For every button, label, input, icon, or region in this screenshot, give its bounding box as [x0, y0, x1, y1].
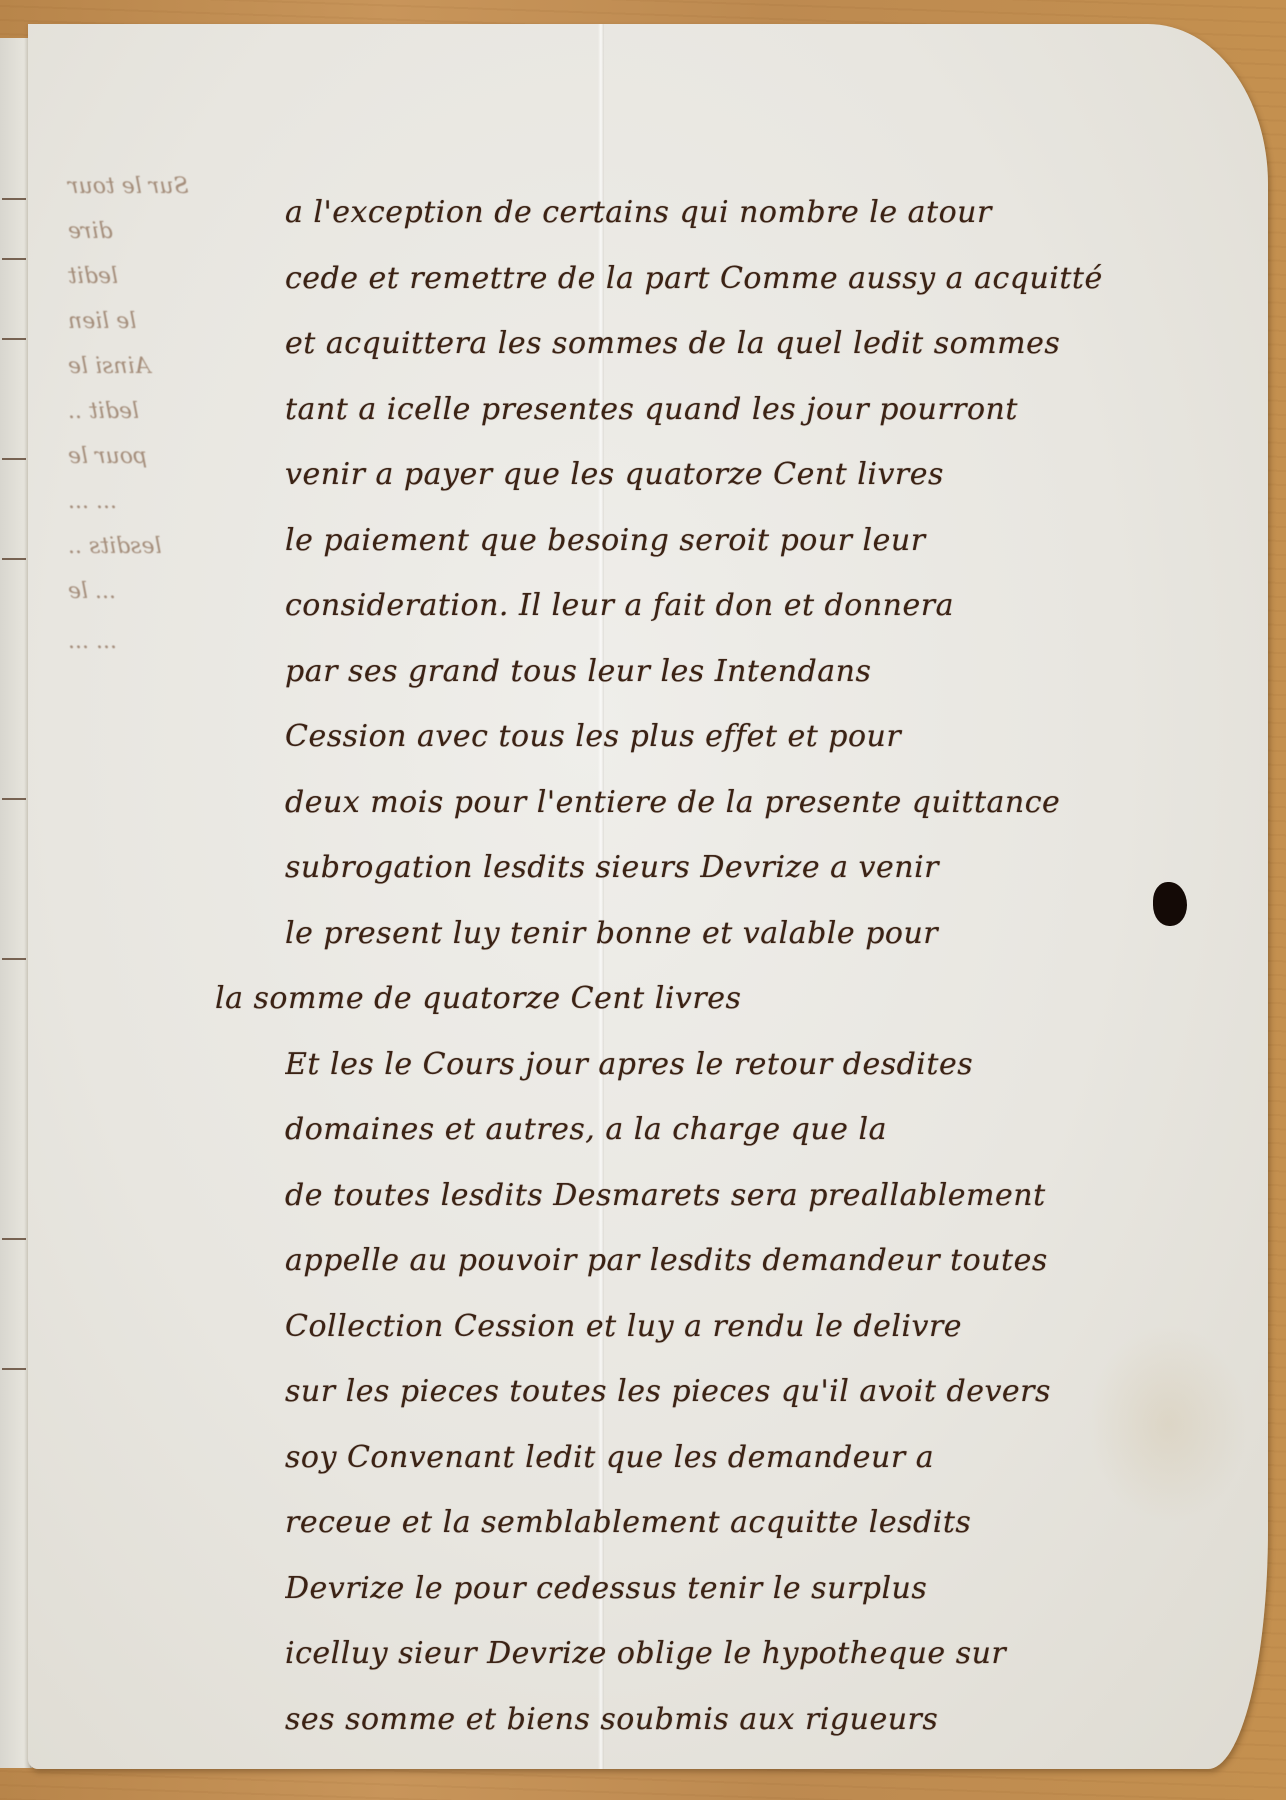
ink-stroke	[2, 198, 26, 200]
margin-bleed-through: ... ...	[68, 489, 298, 514]
ink-stroke	[2, 798, 26, 800]
margin-bleed-through: ... le	[68, 579, 298, 604]
margin-bleed-through: ... ...	[68, 629, 298, 654]
manuscript-line: Et les le Cours jour apres le retour des…	[285, 1032, 1225, 1098]
ink-stroke	[2, 338, 26, 340]
manuscript-line: deux mois pour l'entiere de la presente …	[285, 770, 1225, 836]
manuscript-line: tant a icelle presentes quand les jour p…	[285, 377, 1225, 443]
ink-stroke	[2, 958, 26, 960]
manuscript-line: sur les pieces toutes les pieces qu'il a…	[285, 1359, 1225, 1425]
margin-bleed-through: dire	[68, 219, 298, 244]
manuscript-line: le paiement que besoing seroit pour leur	[285, 508, 1225, 574]
margin-bleed-through: pour le	[68, 444, 298, 469]
manuscript-line: Cession avec tous les plus effet et pour	[285, 704, 1225, 770]
manuscript-line: la somme de quatorze Cent livres	[215, 966, 1225, 1032]
manuscript-line: par ses grand tous leur les Intendans	[285, 639, 1225, 705]
manuscript-line: venir a payer que les quatorze Cent livr…	[285, 442, 1225, 508]
manuscript-line: Collection Cession et luy a rendu le del…	[285, 1294, 1225, 1360]
margin-bleed-through: Sur le tour	[68, 174, 298, 199]
manuscript-line: icelluy sieur Devrize oblige le hypotheq…	[285, 1621, 1225, 1687]
margin-bleed-through: ledit	[68, 264, 298, 289]
manuscript-line: subrogation lesdits sieurs Devrize a ven…	[285, 835, 1225, 901]
manuscript-line: consideration. Il leur a fait don et don…	[285, 573, 1225, 639]
manuscript-line: cede et remettre de la part Comme aussy …	[285, 246, 1225, 312]
ink-stroke	[2, 458, 26, 460]
manuscript-line: soy Convenant ledit que les demandeur a	[285, 1425, 1225, 1491]
manuscript-line: domaines et autres, a la charge que la	[285, 1097, 1225, 1163]
manuscript-line: ses somme et biens soubmis aux rigueurs	[285, 1687, 1225, 1753]
ink-stroke	[2, 258, 26, 260]
manuscript-line: de toutes lesdits Desmarets sera prealla…	[285, 1163, 1225, 1229]
manuscript-line: le present luy tenir bonne et valable po…	[285, 901, 1225, 967]
manuscript-line: appelle au pouvoir par lesdits demandeur…	[285, 1228, 1225, 1294]
ink-stroke	[2, 1368, 26, 1370]
margin-bleed-through: ledit ..	[68, 399, 298, 424]
margin-bleed-through: Ainsi le	[68, 354, 298, 379]
manuscript-line: Devrize le pour cedessus tenir le surplu…	[285, 1556, 1225, 1622]
ink-stroke	[2, 558, 26, 560]
manuscript-line: a l'exception de certains qui nombre le …	[285, 180, 1225, 246]
margin-bleed-through: le lien	[68, 309, 298, 334]
manuscript-line: et acquittera les sommes de la quel ledi…	[285, 311, 1225, 377]
manuscript-text-body: a l'exception de certains qui nombre le …	[285, 180, 1225, 1752]
manuscript-line: receue et la semblablement acquitte lesd…	[285, 1490, 1225, 1556]
ink-stroke	[2, 1238, 26, 1240]
margin-bleed-through: lesdits ..	[68, 534, 298, 559]
